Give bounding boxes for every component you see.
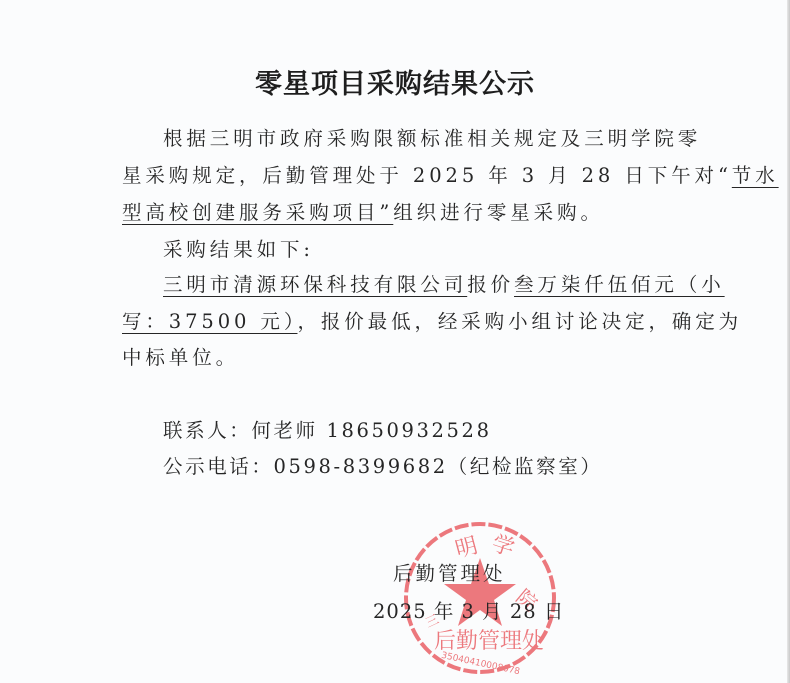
result-line-2-text: ，报价最低，经采购小组讨论决定，确定为	[297, 310, 742, 333]
amount-in-words: 叁万柒仟伍佰元（小	[514, 273, 725, 296]
paragraph-1-line-1: 根据三明市政府采购限额标准相关规定及三明学院零	[163, 126, 701, 152]
paragraph-1-line-2-text: 星采购规定，后勤管理处于 2025 年 3 月 28 日下午对	[122, 164, 718, 187]
page-title: 零星项目采购结果公示	[0, 62, 790, 101]
paragraph-1-line-3: 型高校创建服务采购项目”组织进行零星采购。	[122, 200, 604, 226]
results-heading: 采购结果如下:	[163, 237, 314, 263]
paragraph-1-line-2: 星采购规定，后勤管理处于 2025 年 3 月 28 日下午对“节水	[122, 163, 779, 189]
signature-department: 后勤管理处	[393, 558, 506, 586]
amount-in-figures: 写：37500 元）	[122, 310, 297, 333]
contact-person: 联系人：何老师 18650932528	[163, 418, 492, 444]
winning-company: 三明市清源环保科技有限公司	[163, 273, 467, 296]
project-name-part-1: 节水	[732, 164, 779, 187]
quote-label: 报价	[467, 273, 514, 296]
paragraph-1-line-3-text: 组织进行零星采购。	[393, 201, 604, 224]
quote-open: “	[718, 164, 732, 187]
signature-date: 2025 年 3 月 28 日	[373, 596, 564, 624]
result-line-1: 三明市清源环保科技有限公司报价叁万柒仟伍佰元（小	[163, 272, 725, 298]
project-name-part-2: 型高校创建服务采购项目”	[122, 201, 393, 224]
public-hotline: 公示电话：0598-8399682（纪检监察室）	[163, 454, 602, 480]
stamp-department: 后勤管理处	[434, 629, 544, 654]
result-line-2: 写：37500 元），报价最低，经采购小组讨论决定，确定为	[122, 309, 742, 335]
result-line-3: 中标单位。	[122, 345, 239, 371]
